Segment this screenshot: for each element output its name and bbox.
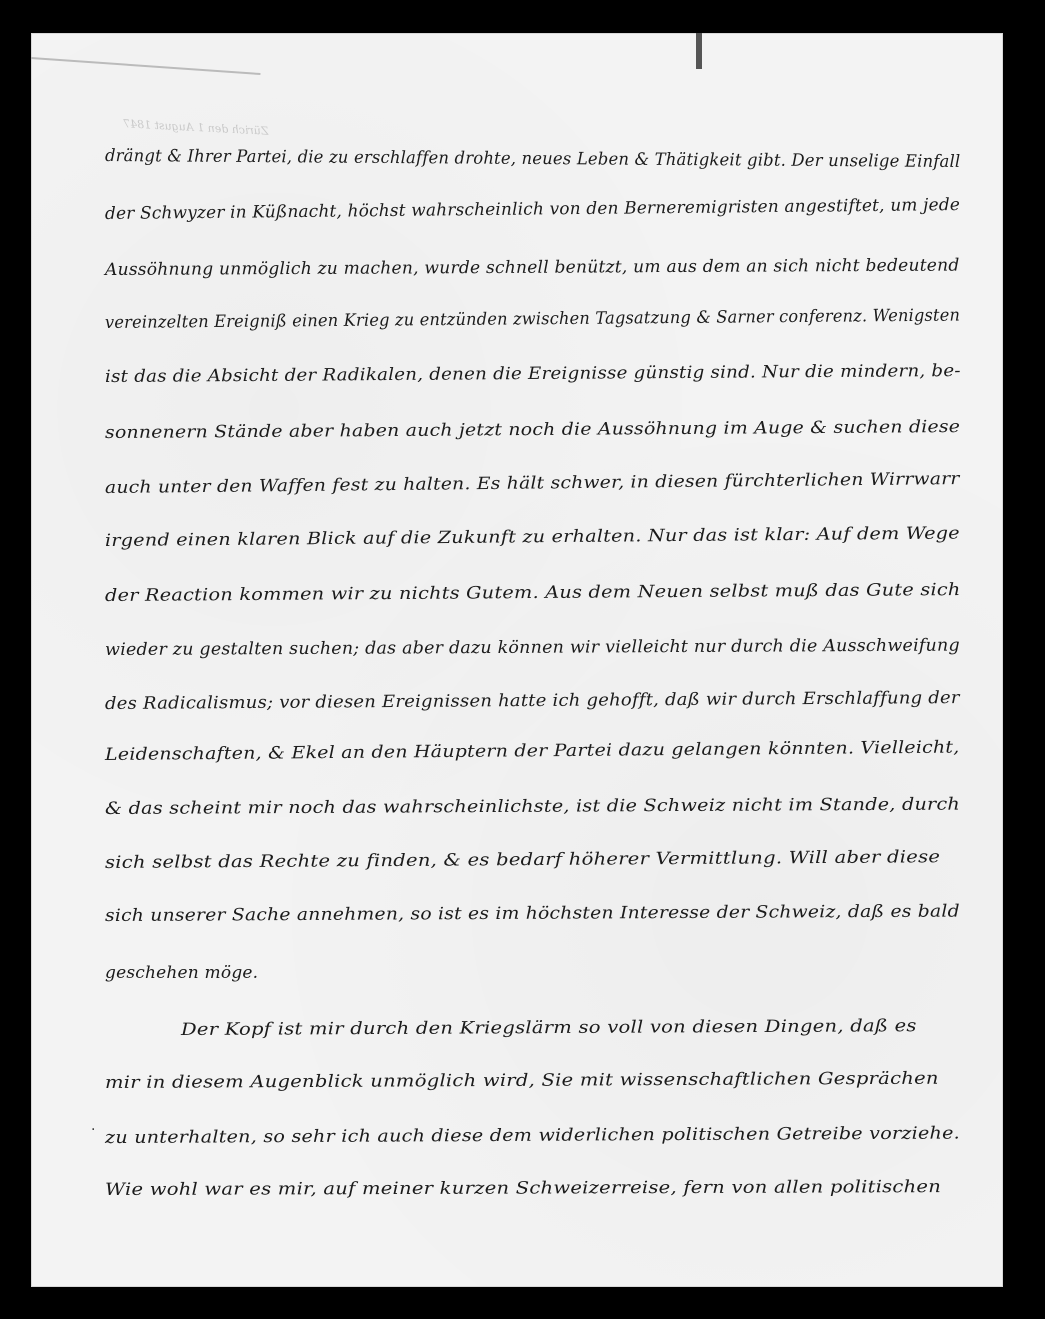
paper-tab-mark: [696, 33, 702, 69]
manuscript-line: mir in diesem Augenblick unmöglich wird,…: [105, 1069, 939, 1093]
manuscript-line: zu unterhalten, so sehr ich auch diese d…: [105, 1124, 960, 1148]
manuscript-line: drängt & Ihrer Partei, die zu erschlaffe…: [105, 146, 961, 172]
manuscript-line: sich selbst das Rechte zu finden, & es b…: [105, 847, 940, 873]
bleed-through-heading: Zürich den 1 August 1847: [123, 117, 269, 138]
manuscript-line: der Schwyzer in Küßnacht, höchst wahrsch…: [105, 195, 960, 224]
manuscript-line: sich unserer Sache annehmen, so ist es i…: [105, 902, 960, 926]
manuscript-line: ist das die Absicht der Radikalen, denen…: [105, 361, 961, 387]
manuscript-line: Wie wohl war es mir, auf meiner kurzen S…: [105, 1177, 941, 1200]
manuscript-page: Zürich den 1 August 1847 drängt & Ihrer …: [31, 33, 1003, 1287]
manuscript-line: sonnenern Stände aber haben auch jetzt n…: [105, 417, 960, 443]
manuscript-line: des Radicalismus; vor diesen Ereignissen…: [105, 688, 960, 714]
manuscript-line: auch unter den Waffen fest zu halten. Es…: [105, 469, 960, 498]
manuscript-line: irgend einen klaren Blick auf die Zukunf…: [105, 524, 960, 551]
manuscript-line: der Reaction kommen wir zu nichts Gutem.…: [105, 580, 961, 606]
manuscript-line: & das scheint mir noch das wahrscheinlic…: [105, 795, 960, 819]
fold-line: [31, 57, 261, 75]
manuscript-line: vereinzelten Ereigniß einen Krieg zu ent…: [105, 306, 960, 333]
manuscript-line: wieder zu gestalten suchen; das aber daz…: [105, 636, 960, 660]
manuscript-paragraph-start: Der Kopf ist mir durch den Kriegslärm so…: [181, 1016, 917, 1040]
manuscript-line: geschehen möge.: [105, 963, 258, 983]
margin-mark: .: [91, 1118, 95, 1134]
manuscript-line: Leidenschaften, & Ekel an den Häuptern d…: [105, 738, 960, 765]
manuscript-line: Aussöhnung unmöglich zu machen, wurde sc…: [105, 256, 960, 280]
